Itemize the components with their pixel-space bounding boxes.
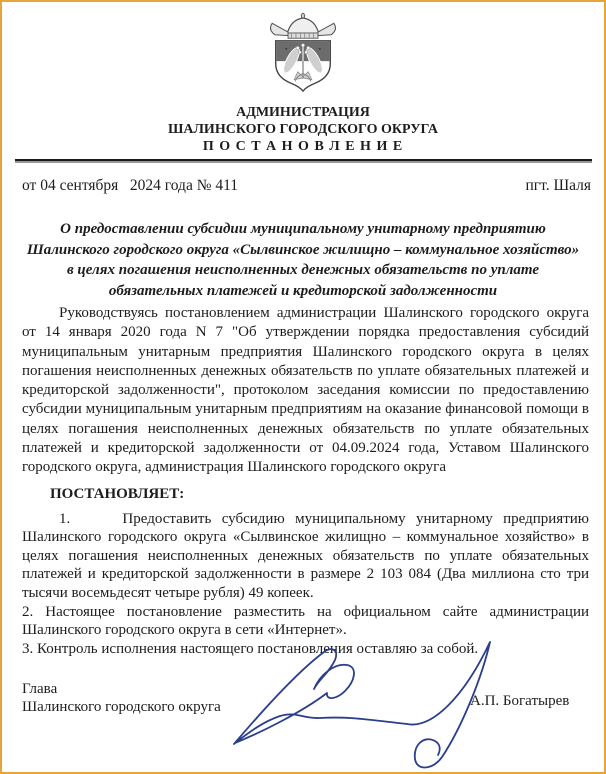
resolve-word: ПОСТАНОВЛЯЕТ: xyxy=(50,486,604,503)
signer-post-line2: Шалинского городского округа xyxy=(22,699,221,717)
preamble-paragraph: Руководствуясь постановлением администра… xyxy=(22,304,589,478)
resolution-item-3: 3. Контроль исполнения настоящего постан… xyxy=(22,640,589,659)
date-and-number: от 04 сентября 2024 года № 411 xyxy=(22,177,238,195)
meta-row: от 04 сентября 2024 года № 411 пгт. Шаля xyxy=(22,177,591,195)
coat-of-arms-icon xyxy=(259,10,347,92)
signer-name: А.П. Богатырев xyxy=(470,693,569,710)
signer-post: Глава Шалинского городского округа xyxy=(22,681,221,716)
letterhead-divider-rule xyxy=(15,159,592,163)
emblem-hat-wing-right xyxy=(318,23,336,35)
emblem-hat-dome xyxy=(287,18,319,34)
resolution-item-2: 2. Настоящее постановление разместить на… xyxy=(22,603,589,640)
document-type-heading: П О С Т А Н О В Л Е Н И Е xyxy=(2,138,604,155)
organization-name-line2: ШАЛИНСКОГО ГОРОДСКОГО ОКРУГА xyxy=(2,121,604,138)
place-name: пгт. Шаля xyxy=(525,177,591,195)
resolution-item-1: 1. Предоставить субсидию муниципальному … xyxy=(22,510,589,603)
signer-post-line1: Глава xyxy=(22,681,221,699)
letterhead: АДМИНИСТРАЦИЯ ШАЛИНСКОГО ГОРОДСКОГО ОКРУ… xyxy=(2,104,604,155)
decree-document-page: АДМИНИСТРАЦИЯ ШАЛИНСКОГО ГОРОДСКОГО ОКРУ… xyxy=(0,0,606,774)
emblem-hat-wing-left xyxy=(271,23,289,35)
decree-title: О предоставлении субсидии муниципальному… xyxy=(24,219,582,301)
resolution-items: 1. Предоставить субсидию муниципальному … xyxy=(22,510,589,659)
organization-name-line1: АДМИНИСТРАЦИЯ xyxy=(2,104,604,121)
